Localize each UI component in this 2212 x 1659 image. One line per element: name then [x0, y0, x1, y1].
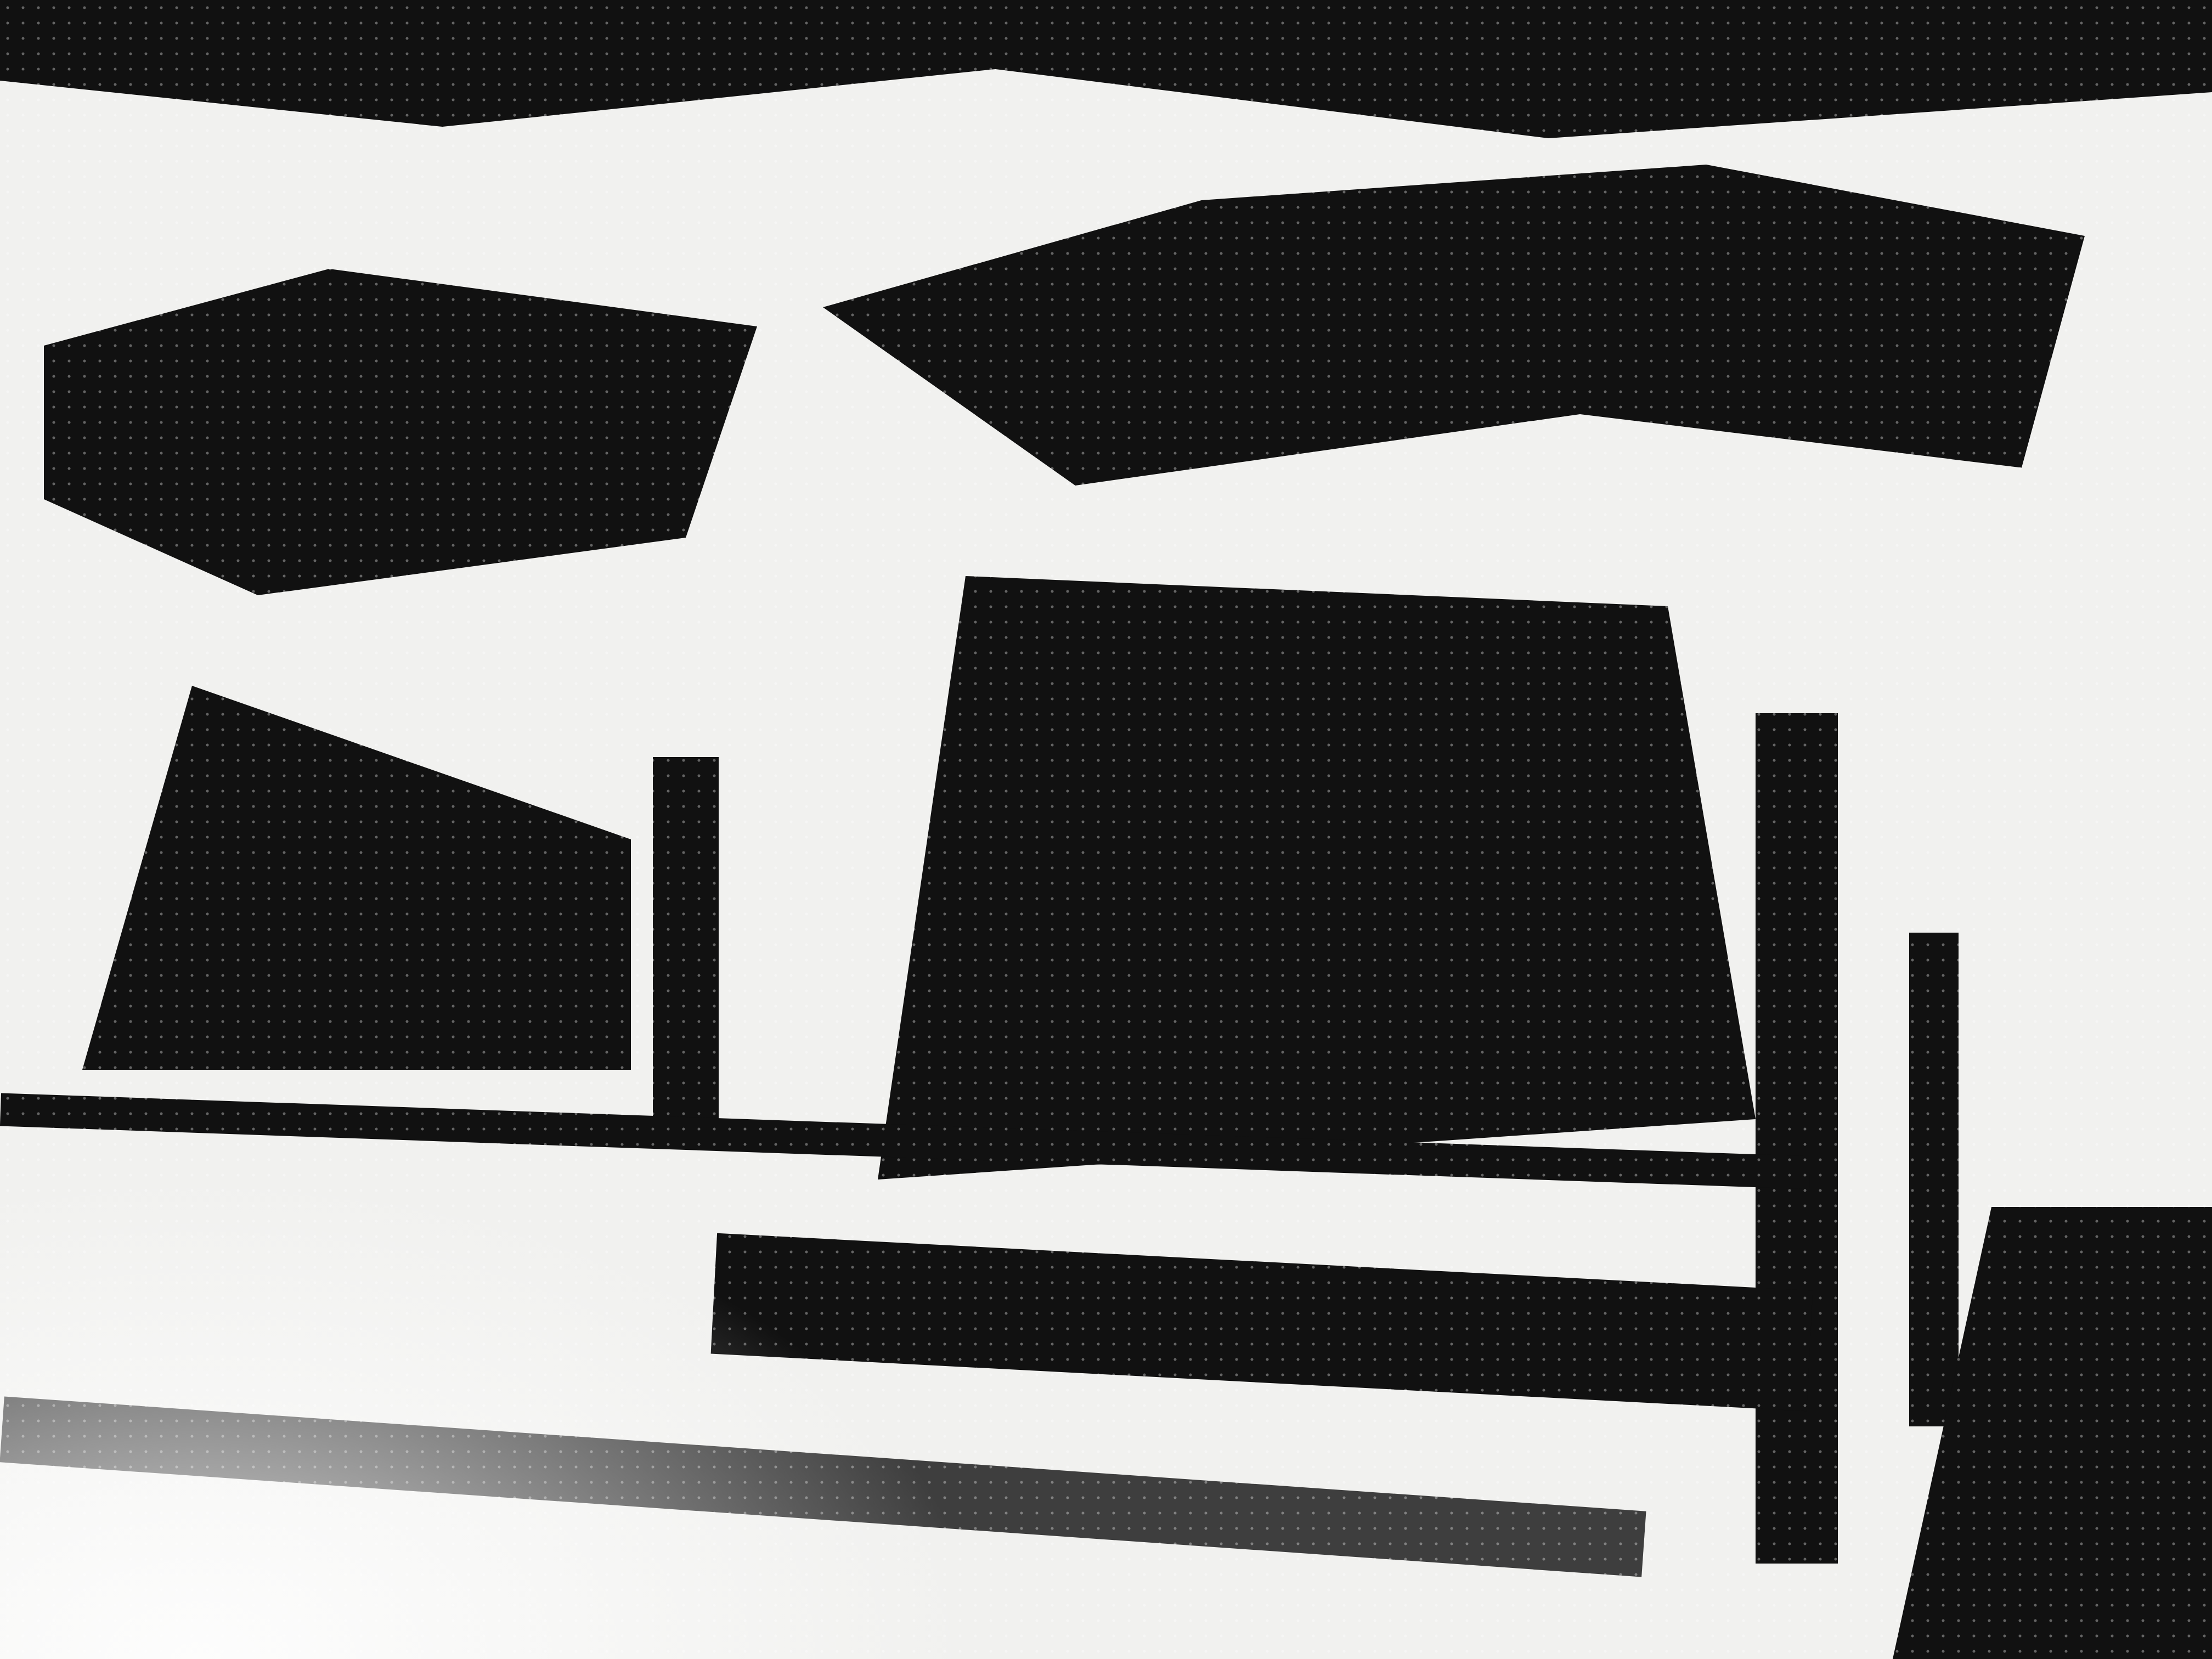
wall-left	[82, 686, 631, 1070]
pillar	[653, 757, 719, 1141]
halftone-photo	[0, 0, 2212, 1659]
roof-upper	[823, 165, 2085, 521]
railing	[711, 1233, 1813, 1411]
pillar	[1756, 713, 1838, 1564]
railing	[0, 1397, 1646, 1577]
pillar	[1909, 933, 1959, 1426]
trees-center	[878, 576, 1756, 1180]
roof-left	[44, 230, 757, 614]
trees-top	[0, 0, 2212, 230]
